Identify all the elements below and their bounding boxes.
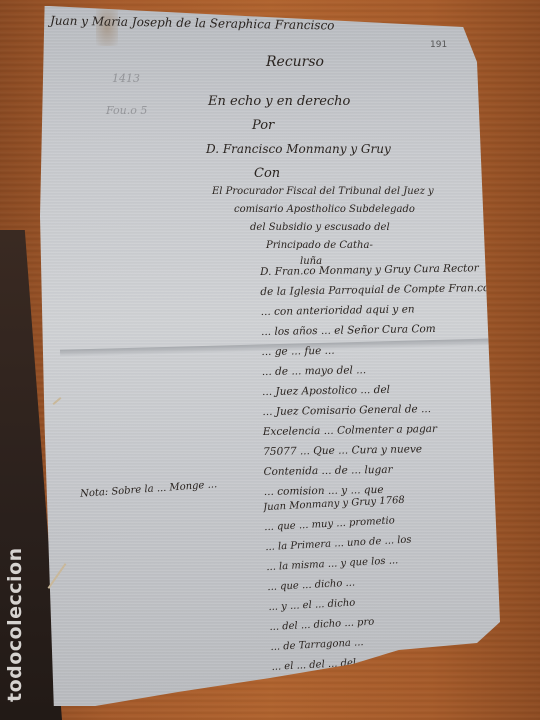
title-line: Por xyxy=(252,118,274,133)
manuscript-page: Juan y Maria Joseph de la Seraphica Fran… xyxy=(40,6,500,706)
watermark: todocoleccion xyxy=(4,540,34,710)
manuscript-body-upper: D. Fran.co Monmany y Gruy Cura Rector de… xyxy=(260,262,496,506)
title-line: Con xyxy=(254,166,280,181)
margin-note: 1413 xyxy=(112,72,140,85)
title-line: El Procurador Fiscal del Tribunal del Ju… xyxy=(212,186,434,197)
title-line: D. Francisco Monmany y Gruy xyxy=(206,142,391,156)
title-line: del Subsidio y escusado del xyxy=(250,222,390,233)
title-line: En echo y en derecho xyxy=(208,94,350,109)
title-line: Recurso xyxy=(266,54,324,70)
folio-number: 191 xyxy=(430,40,447,50)
title-line: Principado de Catha- xyxy=(266,240,373,251)
margin-note: Fou.o 5 xyxy=(106,104,147,117)
title-line: comisario Apostholico Subdelegado xyxy=(234,204,415,215)
